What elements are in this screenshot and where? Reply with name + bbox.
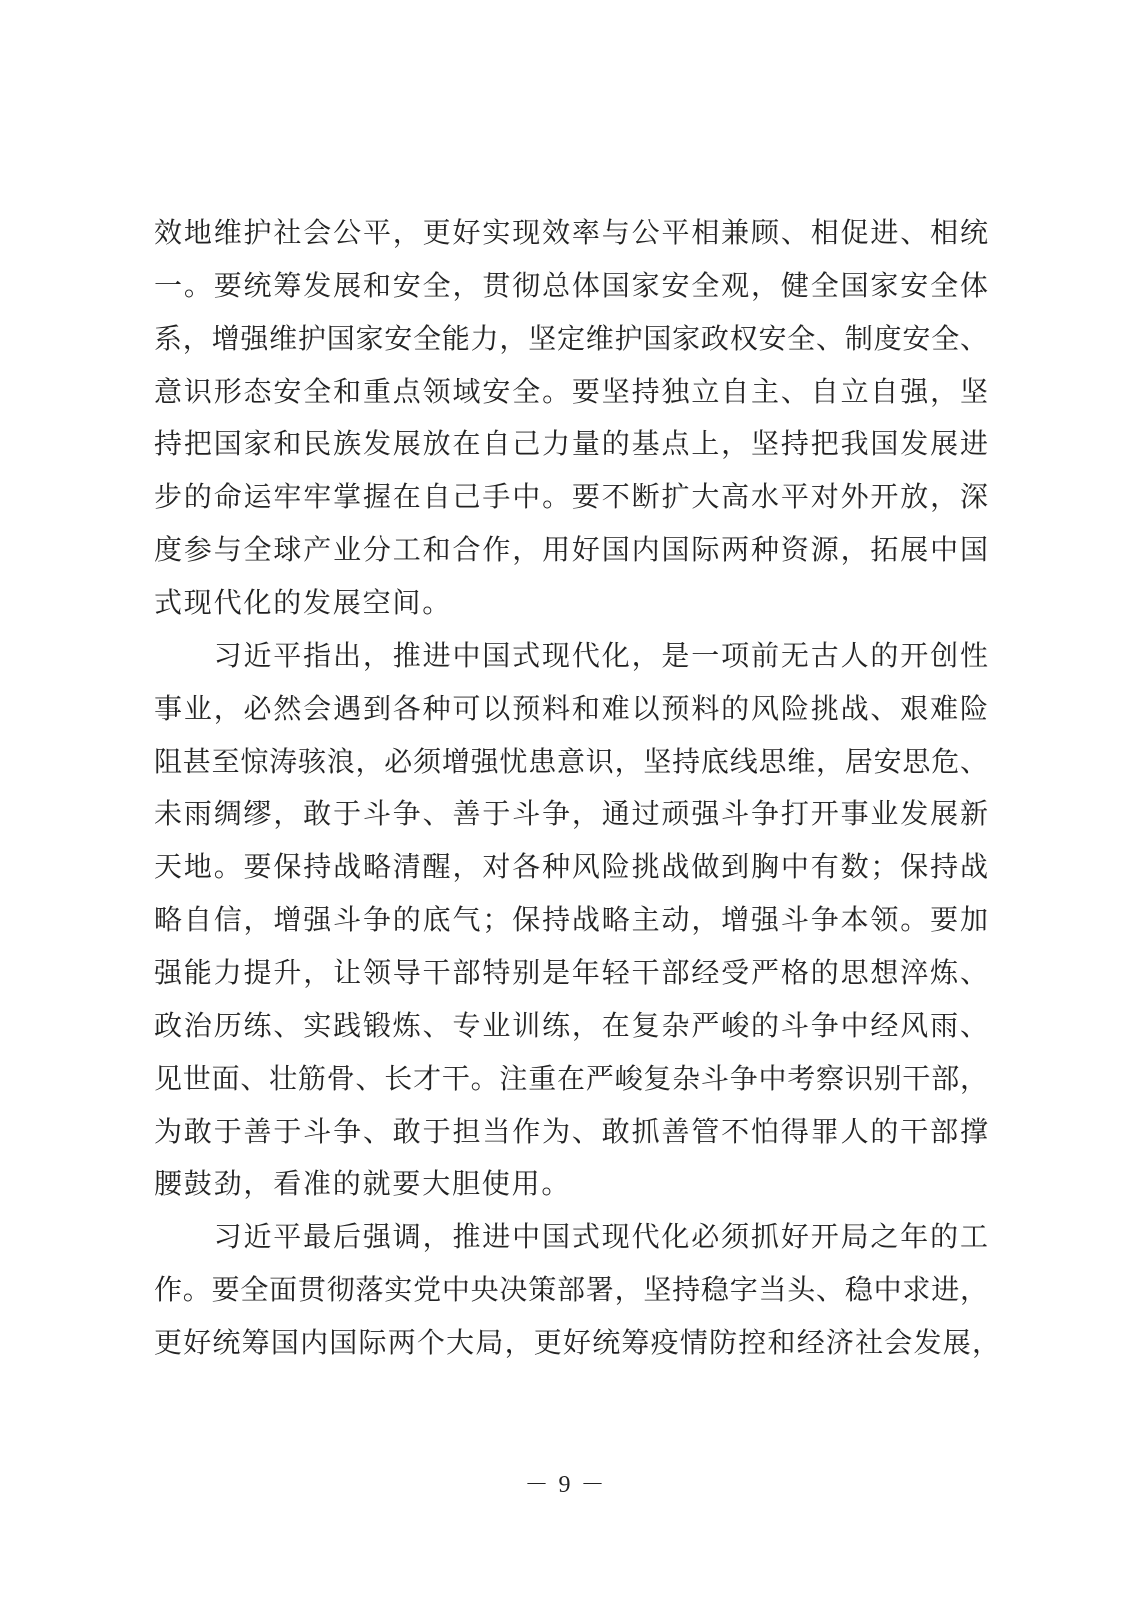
text-line: 作。要全面贯彻落实党中央决策部署，坚持稳字当头、稳中求进， (154, 1264, 988, 1317)
text-line: 习近平指出，推进中国式现代化，是一项前无古人的开创性 (154, 630, 988, 683)
paragraph-3: 习近平最后强调，推进中国式现代化必须抓好开局之年的工 作。要全面贯彻落实党中央决… (154, 1211, 988, 1370)
text-line: 略自信，增强斗争的底气；保持战略主动，增强斗争本领。要加 (154, 894, 988, 947)
text-line: 见世面、壮筋骨、长才干。注重在严峻复杂斗争中考察识别干部， (154, 1053, 988, 1106)
text-line: 天地。要保持战略清醒，对各种风险挑战做到胸中有数；保持战 (154, 841, 988, 894)
paragraph-2: 习近平指出，推进中国式现代化，是一项前无古人的开创性 事业，必然会遇到各种可以预… (154, 630, 988, 1211)
text-line: 阻甚至惊涛骇浪，必须增强忧患意识，坚持底线思维，居安思危、 (154, 736, 988, 789)
text-line: 持把国家和民族发展放在自己力量的基点上，坚持把我国发展进 (154, 418, 988, 471)
text-line: 腰鼓劲，看准的就要大胆使用。 (154, 1158, 988, 1211)
text-line: 习近平最后强调，推进中国式现代化必须抓好开局之年的工 (154, 1211, 988, 1264)
body-text: 效地维护社会公平，更好实现效率与公平相兼顾、相促进、相统 一。要统筹发展和安全，… (154, 207, 988, 1370)
page-number: － 9 － (0, 1464, 1131, 1499)
text-line: 式现代化的发展空间。 (154, 577, 988, 630)
text-line: 未雨绸缪，敢于斗争、善于斗争，通过顽强斗争打开事业发展新 (154, 788, 988, 841)
text-line: 步的命运牢牢掌握在自己手中。要不断扩大高水平对外开放，深 (154, 471, 988, 524)
text-line: 事业，必然会遇到各种可以预料和难以预料的风险挑战、艰难险 (154, 683, 988, 736)
text-line: 一。要统筹发展和安全，贯彻总体国家安全观，健全国家安全体 (154, 260, 988, 313)
text-line: 意识形态安全和重点领域安全。要坚持独立自主、自立自强，坚 (154, 366, 988, 419)
text-line: 政治历练、实践锻炼、专业训练，在复杂严峻的斗争中经风雨、 (154, 1000, 988, 1053)
text-line: 更好统筹国内国际两个大局，更好统筹疫情防控和经济社会发展， (154, 1317, 1000, 1370)
document-page: 效地维护社会公平，更好实现效率与公平相兼顾、相促进、相统 一。要统筹发展和安全，… (0, 0, 1131, 1600)
paragraph-1: 效地维护社会公平，更好实现效率与公平相兼顾、相促进、相统 一。要统筹发展和安全，… (154, 207, 988, 630)
text-line: 为敢于善于斗争、敢于担当作为、敢抓善管不怕得罪人的干部撑 (154, 1106, 988, 1159)
text-line: 强能力提升，让领导干部特别是年轻干部经受严格的思想淬炼、 (154, 947, 988, 1000)
text-line: 效地维护社会公平，更好实现效率与公平相兼顾、相促进、相统 (154, 207, 988, 260)
text-line: 系，增强维护国家安全能力，坚定维护国家政权安全、制度安全、 (154, 313, 988, 366)
text-line: 度参与全球产业分工和合作，用好国内国际两种资源，拓展中国 (154, 524, 988, 577)
